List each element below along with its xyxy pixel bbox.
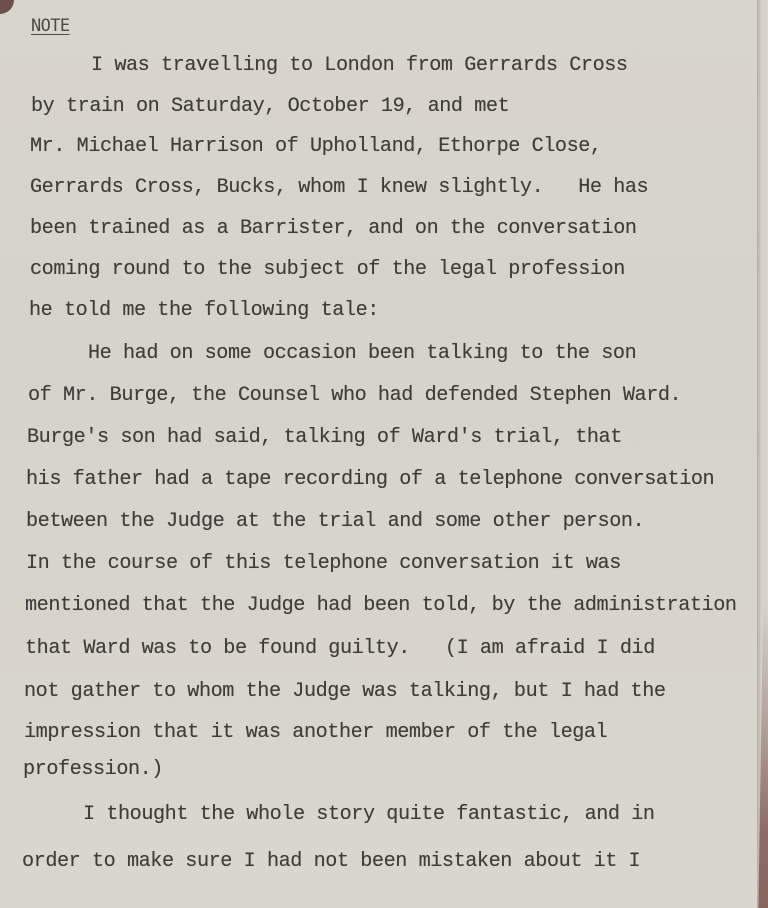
- text-line: between the Judge at the trial and some …: [26, 510, 644, 533]
- text-line: I thought the whole story quite fantasti…: [83, 803, 655, 826]
- text-line: of Mr. Burge, the Counsel who had defend…: [28, 384, 681, 407]
- note-heading: NOTE: [31, 16, 70, 36]
- text-line: Gerrards Cross, Bucks, whom I knew sligh…: [30, 176, 648, 199]
- text-line: by train on Saturday, October 19, and me…: [31, 95, 509, 118]
- text-line: order to make sure I had not been mistak…: [22, 850, 640, 873]
- text-line: I was travelling to London from Gerrards…: [91, 54, 628, 77]
- text-line: impression that it was another member of…: [24, 721, 607, 744]
- typed-document-page: NOTE I was travelling to London from Ger…: [0, 0, 768, 908]
- text-line: Burge's son had said, talking of Ward's …: [27, 426, 622, 449]
- text-line: coming round to the subject of the legal…: [30, 258, 625, 281]
- text-line: He had on some occasion been talking to …: [88, 342, 636, 365]
- punch-hole-mark: [0, 0, 14, 14]
- text-line: he told me the following tale:: [29, 299, 379, 322]
- text-line: not gather to whom the Judge was talking…: [24, 680, 666, 703]
- text-line: been trained as a Barrister, and on the …: [30, 217, 637, 240]
- text-line: In the course of this telephone conversa…: [26, 552, 621, 575]
- text-line: profession.): [23, 758, 163, 781]
- text-line: Mr. Michael Harrison of Upholland, Ethor…: [30, 135, 602, 158]
- text-line: that Ward was to be found guilty. (I am …: [25, 637, 655, 660]
- text-line: mentioned that the Judge had been told, …: [25, 594, 737, 617]
- text-line: his father had a tape recording of a tel…: [26, 468, 714, 491]
